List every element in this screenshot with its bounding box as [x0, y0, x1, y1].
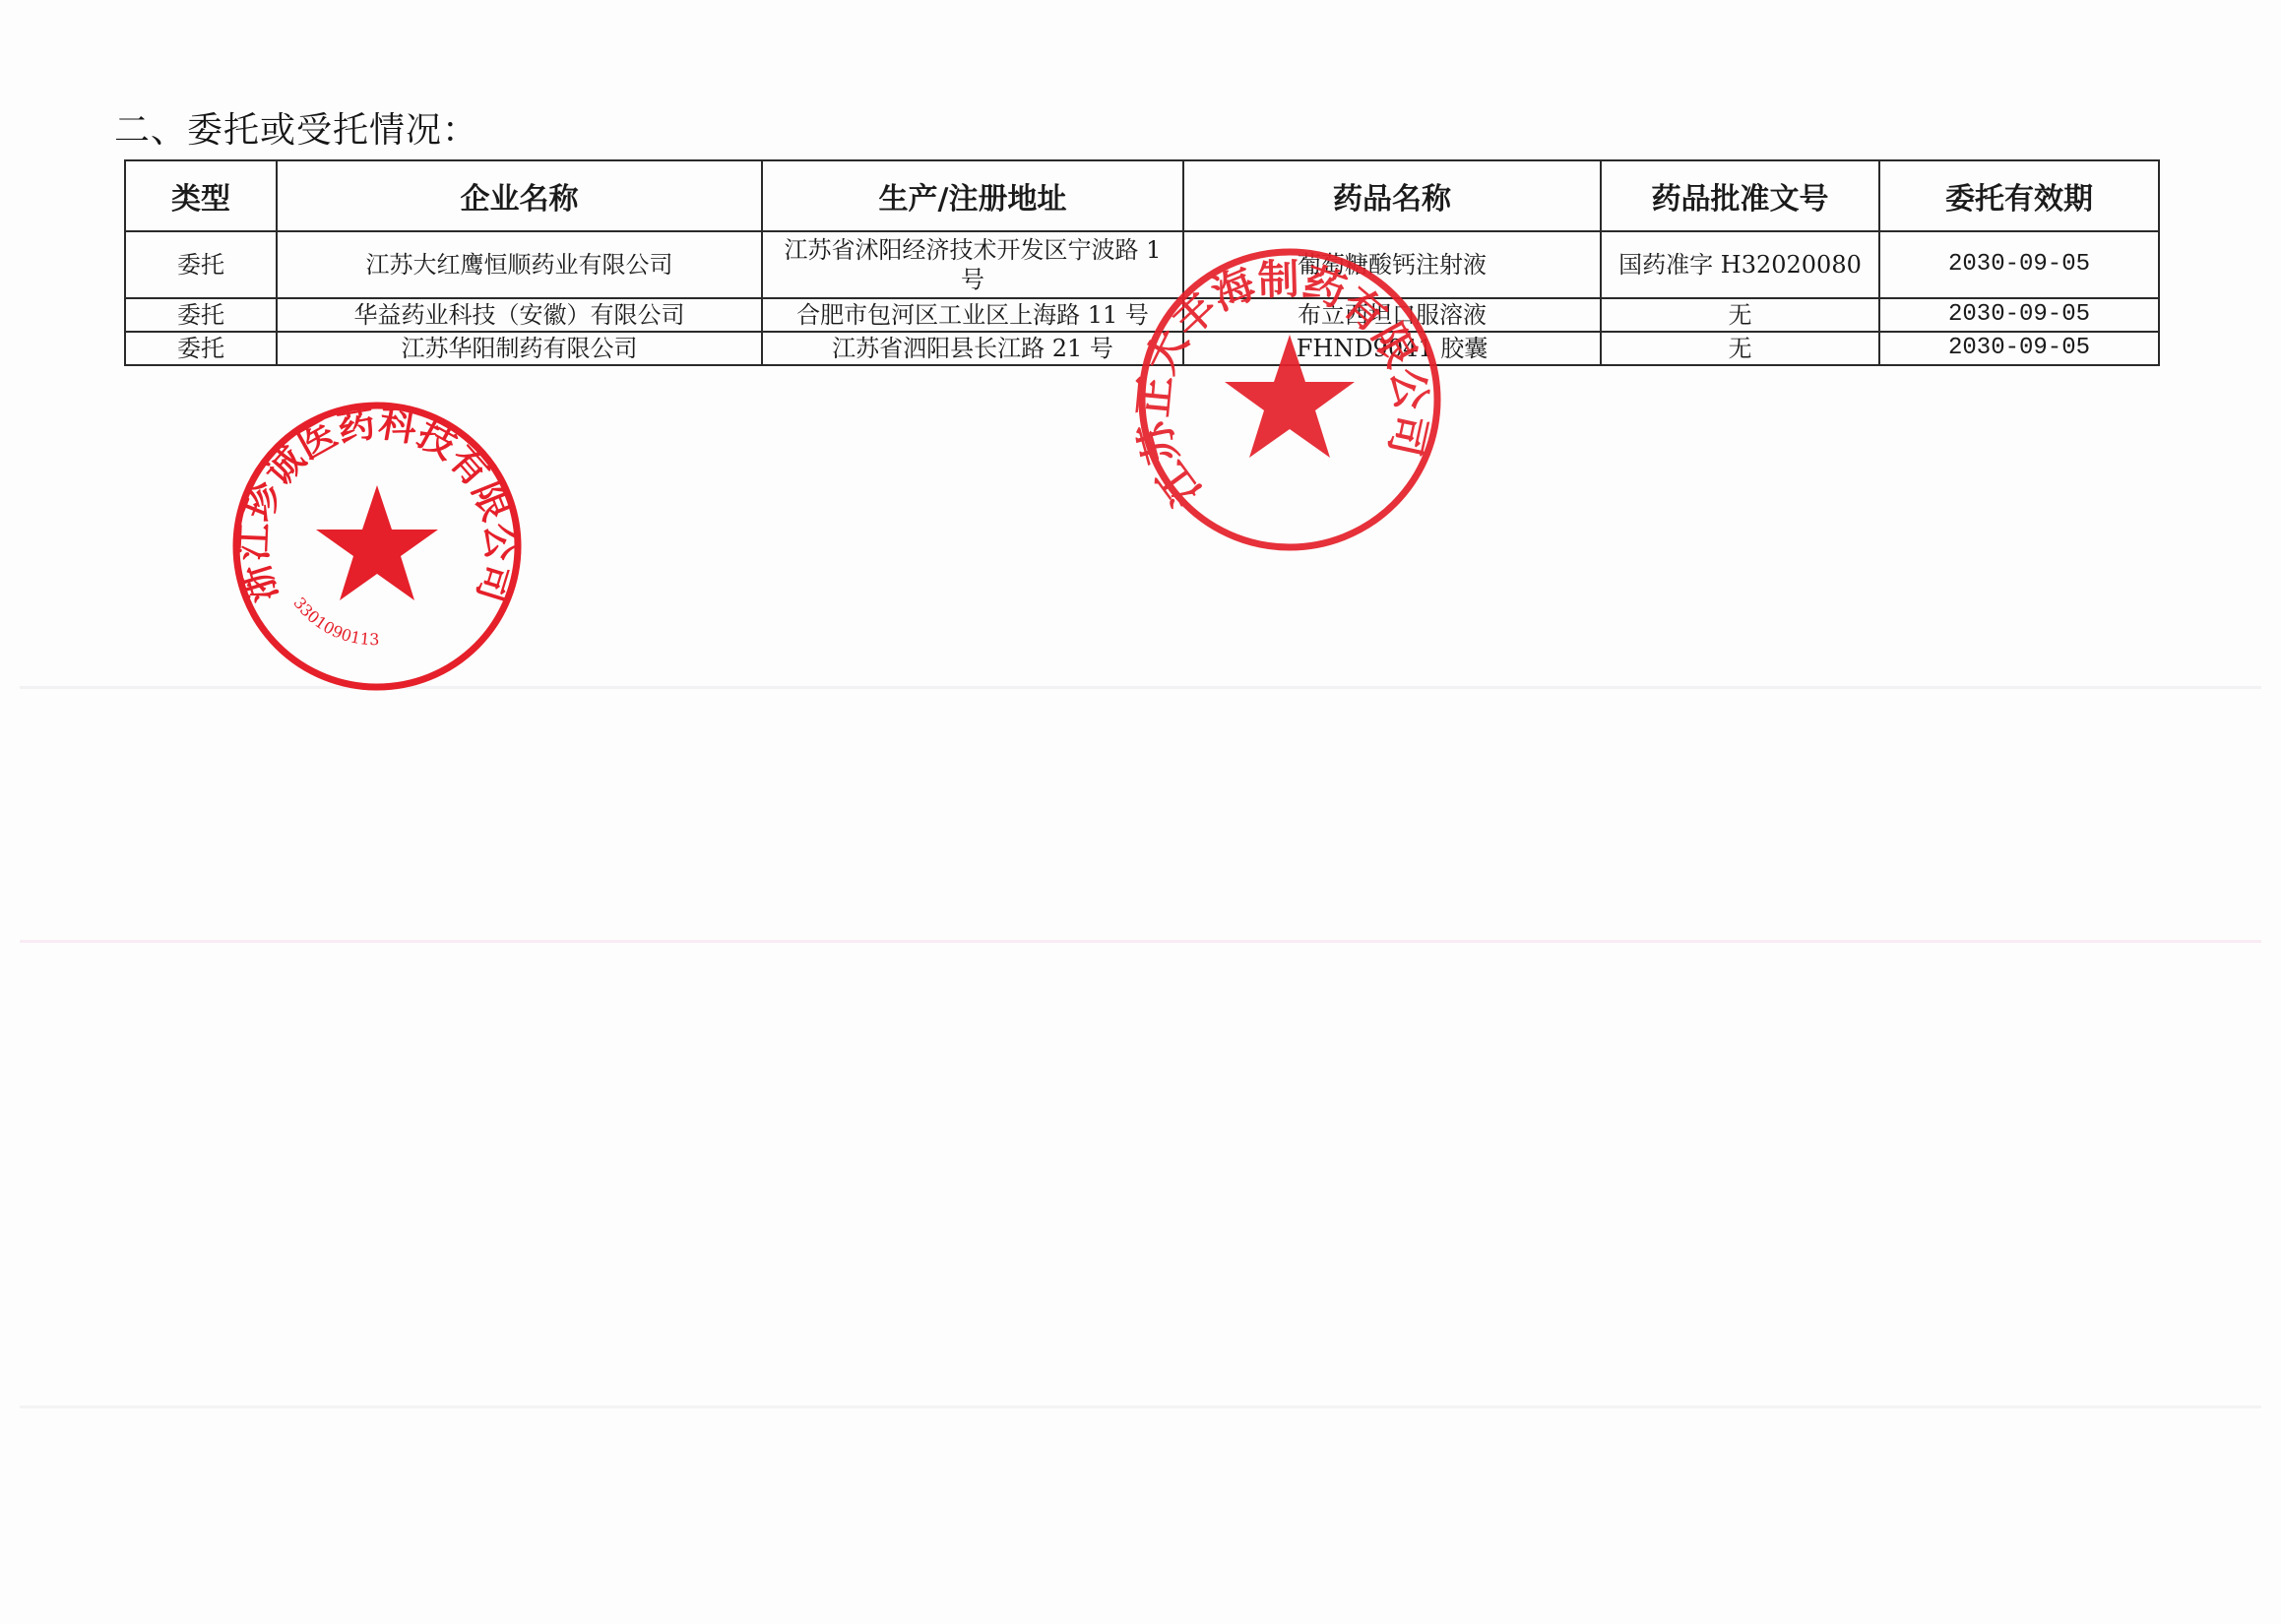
- cell-address: 合肥市包河区工业区上海路 11 号: [762, 298, 1183, 332]
- scan-artifact: [20, 940, 2261, 943]
- cell-drug: 葡萄糖酸钙注射液: [1183, 231, 1601, 298]
- entrustment-table: 类型 企业名称 生产/注册地址 药品名称 药品批准文号 委托有效期 委托 江苏大…: [124, 159, 2160, 366]
- scan-artifact: [20, 1405, 2261, 1408]
- cell-company: 江苏大红鹰恒顺药业有限公司: [277, 231, 762, 298]
- header-address: 生产/注册地址: [762, 160, 1183, 231]
- cell-drug: FHND9041 胶囊: [1183, 332, 1601, 365]
- company-seal-zhencheng: 浙江珍诚医药科技有限公司 3301090113700: [229, 399, 525, 694]
- svg-text:浙江珍诚医药科技有限公司: 浙江珍诚医药科技有限公司: [230, 401, 523, 608]
- cell-type: 委托: [125, 332, 277, 365]
- header-type: 类型: [125, 160, 277, 231]
- svg-text:3301090113700: 3301090113700: [229, 399, 380, 649]
- cell-approval: 无: [1601, 298, 1879, 332]
- section-title: 二、委托或受托情况：: [114, 102, 478, 153]
- table-header-row: 类型 企业名称 生产/注册地址 药品名称 药品批准文号 委托有效期: [125, 160, 2159, 231]
- cell-validity: 2030-09-05: [1879, 231, 2159, 298]
- table-row: 委托 江苏大红鹰恒顺药业有限公司 江苏省沭阳经济技术开发区宁波路 1 号 葡萄糖…: [125, 231, 2159, 298]
- header-drug: 药品名称: [1183, 160, 1601, 231]
- cell-validity: 2030-09-05: [1879, 298, 2159, 332]
- header-company: 企业名称: [277, 160, 762, 231]
- cell-drug: 布立西坦口服溶液: [1183, 298, 1601, 332]
- cell-address: 江苏省沭阳经济技术开发区宁波路 1 号: [762, 231, 1183, 298]
- star-icon: [316, 485, 438, 600]
- table-row: 委托 华益药业科技（安徽）有限公司 合肥市包河区工业区上海路 11 号 布立西坦…: [125, 298, 2159, 332]
- cell-approval: 无: [1601, 332, 1879, 365]
- scan-artifact: [20, 686, 2261, 689]
- header-approval: 药品批准文号: [1601, 160, 1879, 231]
- header-validity: 委托有效期: [1879, 160, 2159, 231]
- cell-type: 委托: [125, 231, 277, 298]
- cell-approval: 国药准字 H32020080: [1601, 231, 1879, 298]
- cell-company: 华益药业科技（安徽）有限公司: [277, 298, 762, 332]
- cell-validity: 2030-09-05: [1879, 332, 2159, 365]
- cell-type: 委托: [125, 298, 277, 332]
- cell-address: 江苏省泗阳县长江路 21 号: [762, 332, 1183, 365]
- table-row: 委托 江苏华阳制药有限公司 江苏省泗阳县长江路 21 号 FHND9041 胶囊…: [125, 332, 2159, 365]
- cell-company: 江苏华阳制药有限公司: [277, 332, 762, 365]
